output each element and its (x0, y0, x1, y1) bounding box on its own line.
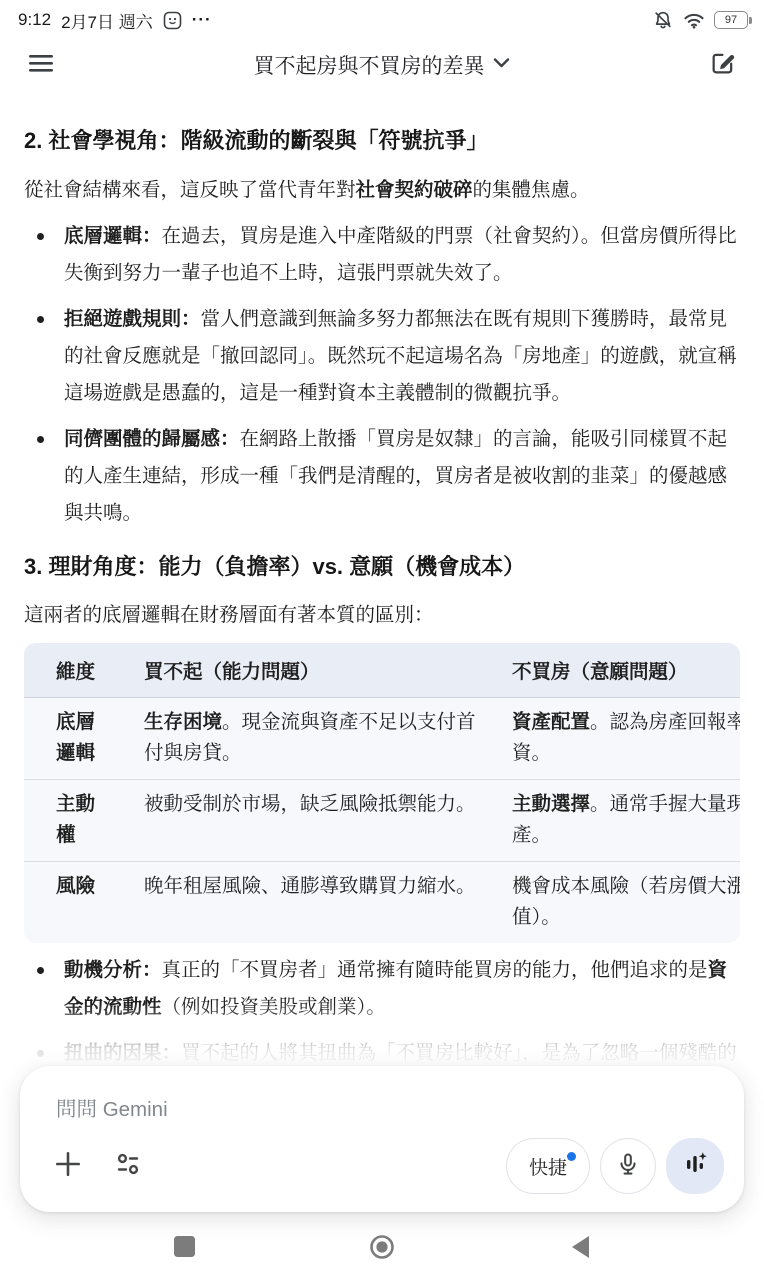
bullet-label: 拒絕遊戲規則： (64, 308, 201, 330)
waveform-sparkle-icon (680, 1149, 710, 1184)
hamburger-icon (27, 52, 55, 79)
add-attachment-button[interactable] (46, 1144, 90, 1188)
bullet-label: 動機分析： (64, 959, 162, 981)
gemini-live-button[interactable] (666, 1138, 724, 1194)
list-item: 拒絕遊戲規則：當人們意識到無論多努力都無法在既有規則下獲勝時，最常見的社會反應就… (24, 301, 740, 412)
table-cell-dimension: 底層邏輯 (24, 698, 128, 780)
conversation-title-dropdown[interactable]: 買不起房與不買房的差異 (254, 50, 511, 80)
table-row: 主動權 被動受制於市場，缺乏風險抵禦能力。 主動選擇。通常手握大量現金 產。 (24, 780, 740, 862)
input-card-right-actions: 快捷 (506, 1138, 724, 1194)
table-cell-dimension: 主動權 (24, 780, 128, 862)
cell-line: 主動選擇。通常手握大量現金 (512, 789, 740, 820)
intro-text-end: 的集體焦慮。 (473, 179, 590, 201)
recents-square-icon (173, 1235, 196, 1263)
status-bar: 9:12 2月7日 週六 ··· 97 (0, 0, 764, 36)
intro-bold-text: 社會契約破碎 (356, 179, 473, 201)
battery-indicator: 97 (714, 11, 748, 29)
new-badge-dot (567, 1152, 576, 1161)
prompt-input[interactable]: 問問 Gemini (56, 1092, 168, 1122)
date-text: 2月7日 週六 (61, 8, 153, 33)
back-button[interactable] (560, 1229, 600, 1269)
battery-percent: 97 (725, 14, 737, 26)
back-triangle-icon (570, 1235, 591, 1264)
cell-line: 資。 (512, 738, 740, 769)
bullet-text: 在過去，買房是進入中產階級的門票（社會契約）。但當房價所得比失衡到努力一輩子也追… (64, 225, 737, 284)
table-cell: 晚年租屋風險、通膨導致購買力縮水。 (128, 862, 496, 944)
home-circle-icon (369, 1234, 395, 1265)
bullet-label: 同儕團體的歸屬感： (64, 428, 240, 450)
cell-text: 機會成本風險（若房價大漲而 (512, 875, 740, 897)
table-cell: 被動受制於市場，缺乏風險抵禦能力。 (128, 780, 496, 862)
list-item: 同儕團體的歸屬感：在網路上散播「買房是奴隸」的言論，能吸引同樣買不起的人產生連結… (24, 421, 740, 532)
comparison-table-scroll-area[interactable]: 維度 買不起（能力問題） 不買房（意願問題） 底層邏輯 生存困境。現金流與資產不… (24, 643, 740, 943)
table-row: 底層邏輯 生存困境。現金流與資產不足以支付首付與房貸。 資產配置。認為房產回報率… (24, 698, 740, 780)
cell-text: 晚年租屋風險、通膨導致購買力縮水。 (144, 875, 476, 897)
tools-button[interactable] (106, 1144, 150, 1188)
conversation-title: 買不起房與不買房的差異 (254, 50, 485, 80)
sociology-intro-paragraph: 從社會結構來看，這反映了當代青年對社會契約破碎的集體焦慮。 (24, 172, 740, 209)
new-chat-button[interactable] (706, 48, 740, 82)
bullet-text-end: （例如投資美股或創業）。 (162, 996, 386, 1018)
section-heading-finance: 3. 理財角度：能力（負擔率）vs. 意願（機會成本） (24, 552, 740, 582)
wifi-icon (682, 10, 706, 30)
microphone-icon (615, 1151, 641, 1182)
finance-intro-paragraph: 這兩者的底層邏輯在財務層面有著本質的區別： (24, 597, 740, 634)
cell-line: 產。 (512, 820, 740, 851)
voice-input-button[interactable] (600, 1138, 656, 1194)
system-nav-bar (0, 1224, 764, 1274)
section-heading-sociology: 2. 社會學視角：階級流動的斷裂與「符號抗爭」 (24, 126, 740, 156)
list-item: 動機分析：真正的「不買房者」通常擁有隨時能買房的能力，他們追求的是資金的流動性（… (24, 952, 740, 1026)
quick-shortcuts-label: 快捷 (529, 1153, 567, 1180)
cell-bold-text: 主動選擇 (512, 793, 590, 815)
table-cell: 資產配置。認為房產回報率低 資。 (496, 698, 740, 780)
cell-text: 被動受制於市場，缺乏風險抵禦能力。 (144, 793, 476, 815)
notification-app-icon (163, 11, 182, 30)
chevron-down-icon (493, 56, 511, 74)
edit-square-icon (709, 49, 737, 82)
list-item: 底層邏輯：在過去，買房是進入中產階級的門票（社會契約）。但當房價所得比失衡到努力… (24, 218, 740, 292)
plus-icon (53, 1149, 83, 1184)
bullet-label: 扭曲的因果： (64, 1042, 181, 1064)
home-button[interactable] (362, 1229, 402, 1269)
cell-line: 資產配置。認為房產回報率低 (512, 707, 740, 738)
comparison-table: 維度 買不起（能力問題） 不買房（意願問題） 底層邏輯 生存困境。現金流與資產不… (24, 643, 740, 943)
table-cell: 生存困境。現金流與資產不足以支付首付與房貸。 (128, 698, 496, 780)
table-header-dimension: 維度 (24, 643, 128, 698)
bullet-text: 真正的「不買房者」通常擁有隨時能買房的能力，他們追求的是 (162, 959, 708, 981)
gemini-app-screen: 9:12 2月7日 週六 ··· 97 買不起房與不買房 (0, 0, 764, 1280)
clock-text: 9:12 (18, 10, 51, 30)
quick-shortcuts-button[interactable]: 快捷 (506, 1138, 590, 1194)
gemini-input-card[interactable]: 問問 Gemini 快捷 (20, 1066, 744, 1212)
bullet-label: 底層邏輯： (64, 225, 162, 247)
chat-response-content: 2. 社會學視角：階級流動的斷裂與「符號抗爭」 從社會結構來看，這反映了當代青年… (0, 94, 764, 1109)
cell-text: 。認為房產回報率低 (590, 711, 740, 733)
table-row: 風險 晚年租屋風險、通膨導致購買力縮水。 機會成本風險（若房價大漲而 值）。 (24, 862, 740, 944)
table-cell-dimension: 風險 (24, 862, 128, 944)
table-header-row: 維度 買不起（能力問題） 不買房（意願問題） (24, 643, 740, 698)
notifications-muted-icon (652, 9, 674, 31)
table-header-cannot-afford: 買不起（能力問題） (128, 643, 496, 698)
intro-text: 從社會結構來看，這反映了當代青年對 (24, 179, 356, 201)
menu-button[interactable] (24, 48, 58, 82)
table-header-choose-not-buy: 不買房（意願問題） (496, 643, 740, 698)
cell-bold-text: 資產配置 (512, 711, 590, 733)
cell-bold-text: 生存困境 (144, 711, 222, 733)
sociology-bullet-list: 底層邏輯：在過去，買房是進入中產階級的門票（社會契約）。但當房價所得比失衡到努力… (24, 218, 740, 532)
tune-icon (113, 1149, 143, 1184)
cell-line: 機會成本風險（若房價大漲而 (512, 871, 740, 902)
app-bar: 買不起房與不買房的差異 (0, 36, 764, 94)
table-cell: 機會成本風險（若房價大漲而 值）。 (496, 862, 740, 944)
input-card-toolbar: 快捷 (20, 1138, 744, 1194)
more-notifications-ellipsis: ··· (192, 15, 212, 25)
recents-button[interactable] (164, 1229, 204, 1269)
table-cell: 主動選擇。通常手握大量現金 產。 (496, 780, 740, 862)
cell-line: 值）。 (512, 902, 740, 933)
cell-text: 。通常手握大量現金 (590, 793, 740, 815)
